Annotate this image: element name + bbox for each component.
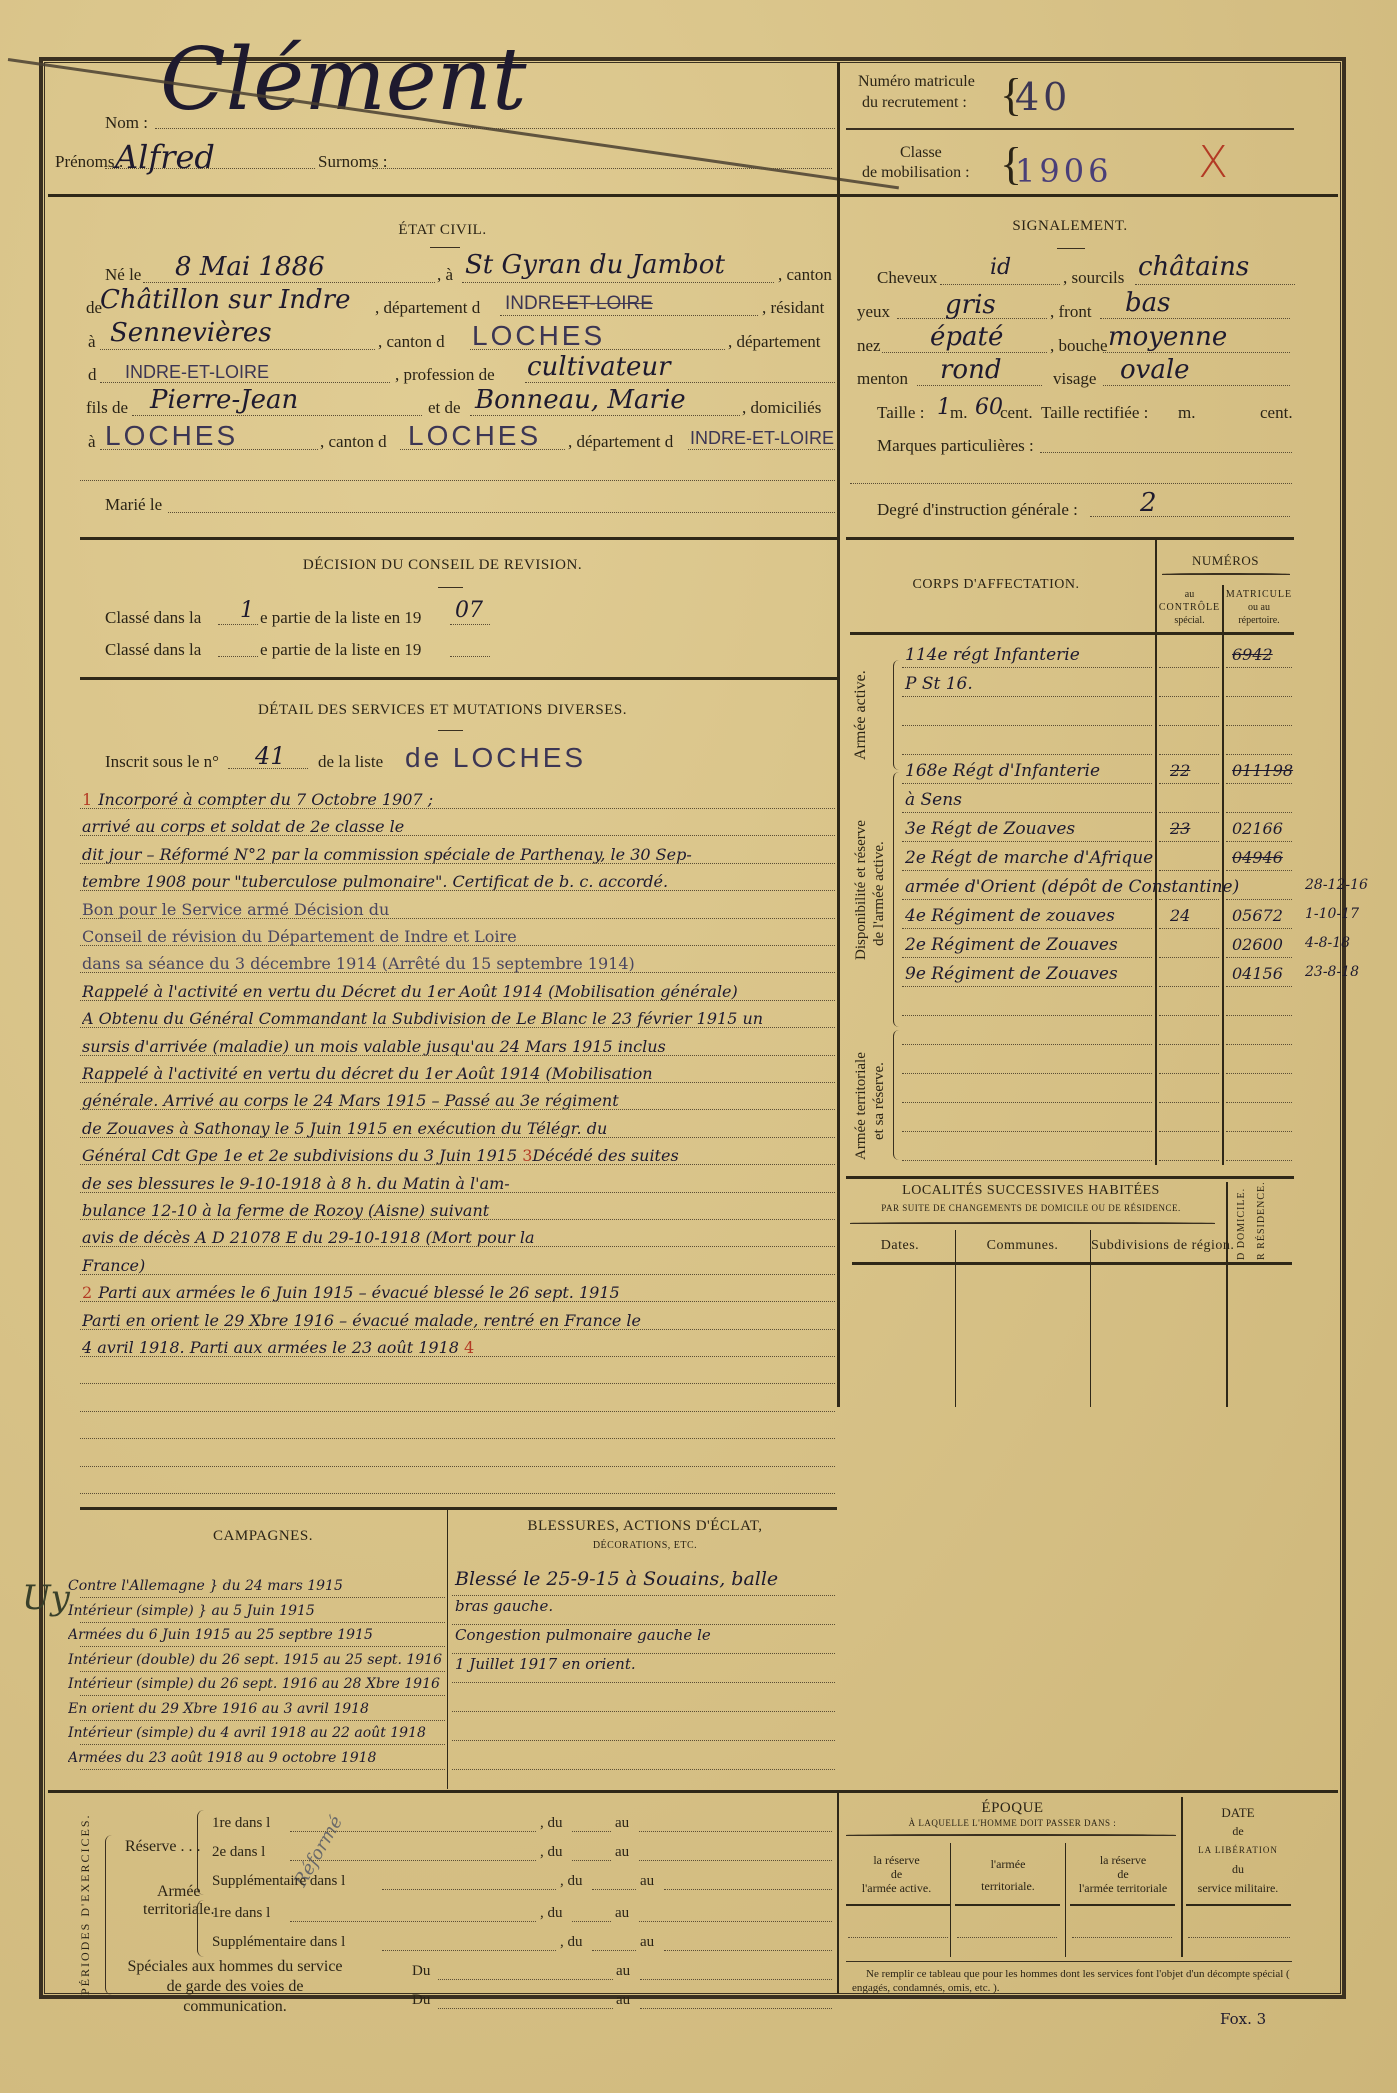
side-label-active: Armée active. [852,670,870,760]
front-value: bas [1125,288,1171,318]
menton-value: rond [940,355,1001,385]
service-line: tembre 1908 pour "tuberculose pulmonaire… [82,872,807,891]
profession: cultivateur [527,352,671,382]
signalement-title: SIGNALEMENT. [840,218,1300,235]
departement-naissance: INDRE [505,293,564,315]
departement-residence: INDRE-ET-LOIRE [125,362,269,383]
pere: Pierre-Jean [150,385,298,415]
service-line: 4 avril 1918. Parti aux armées le 23 aoû… [82,1338,807,1357]
nom-value: Clément [160,30,527,130]
service-line: Bon pour le Service armé Décision du [82,900,807,919]
side-label-dispo: Disponibilité et réservede l'armée activ… [852,820,888,960]
canton-parents: LOCHES [408,420,541,452]
services-title: DÉTAIL DES SERVICES ET MUTATIONS DIVERSE… [48,702,837,719]
blessure-line: Congestion pulmonaire gauche le [455,1626,711,1644]
prenoms-label: Prénoms : [55,152,123,172]
corps-row: à Sens [905,790,962,810]
periode-row: 2e dans l [212,1844,265,1861]
side-label-territoriale: Armée territorialeet sa réserve. [852,1052,888,1160]
periode-row: Supplémentaire dans l [212,1873,345,1890]
matricule-value: 40 [1015,75,1071,119]
liste-value: de LOCHES [405,742,586,774]
corps-row: 168e Régt d'Infanterie [905,761,1100,781]
corps-row: armée d'Orient (dépôt de Constantine) [905,877,1239,897]
service-line: France) [82,1256,807,1275]
periodes-side-label: PÉRIODES D'EXERCICES. [78,1813,93,1995]
signature: Fox. 3 [1220,2010,1266,2028]
blessure-line: Blessé le 25-9-15 à Souains, balle [455,1568,778,1590]
yeux-value: gris [945,290,996,320]
prenoms-value: Alfred [115,138,215,176]
service-line: Général Cdt Gpe 1e et 2e subdivisions du… [82,1146,807,1165]
periode-row: 1re dans l [212,1905,270,1922]
campagne-line: Armées du 23 août 1918 au 9 octobre 1918 [68,1750,443,1766]
service-line: avis de décès A D 21078 E du 29-10-1918 … [82,1228,807,1247]
canton-residence: LOCHES [472,320,605,352]
service-line: dit jour – Réformé N°2 par la commission… [82,845,807,864]
degre-value: 2 [1140,488,1157,518]
service-line: de Zouaves à Sathonay le 5 Juin 1915 en … [82,1119,807,1138]
campagne-line: Armées du 6 Juin 1915 au 25 septbre 1915 [68,1627,443,1643]
residence: Sennevières [110,318,272,348]
domicile-parents: LOCHES [105,420,238,452]
corps-row: 2e Régt de marche d'Afrique [905,848,1153,868]
cheveux-value: id [990,255,1011,280]
corps-row: 114e régt Infanterie [905,645,1080,665]
nom-label: Nom : [105,113,148,133]
service-line: A Obtenu du Général Commandant la Subdiv… [82,1009,807,1028]
decision-title: DÉCISION DU CONSEIL DE REVISION. [48,557,837,574]
service-line: 1Incorporé à compter du 7 Octobre 1907 ; [82,790,807,809]
campagne-line: Contre l'Allemagne } du 24 mars 1915 [68,1578,443,1594]
blessure-line: bras gauche. [455,1597,553,1615]
service-line: bulance 12-10 à la ferme de Rozoy (Aisne… [82,1201,807,1220]
campagne-line: En orient du 29 Xbre 1916 au 3 avril 191… [68,1701,443,1717]
visage-value: ovale [1120,355,1190,385]
classe-value: 1906 [1015,152,1112,190]
corps-row: 2e Régiment de Zouaves [905,935,1118,955]
service-marker: 3 [517,1146,532,1165]
corps-row: 4e Régiment de zouaves [905,906,1115,926]
taille-m: 1 [937,395,951,420]
blessure-line: 1 Juillet 1917 en orient. [455,1655,636,1673]
decision-partie: 1 [240,598,254,623]
campagne-line: Intérieur (simple) du 26 sept. 1916 au 2… [68,1676,443,1692]
etat-civil-title: ÉTAT CIVIL. [48,222,837,239]
periode-row: 1re dans l [212,1815,270,1832]
mere: Bonneau, Marie [475,385,686,415]
campagne-line: Intérieur (double) du 26 sept. 1915 au 2… [68,1652,443,1668]
inscrit-num: 41 [255,742,286,770]
date-naissance: 8 Mai 1886 [175,252,325,282]
service-line: Conseil de révision du Département de In… [82,927,807,946]
corps-row: 9e Régiment de Zouaves [905,964,1118,984]
lieu-naissance: St Gyran du Jambot [465,250,725,280]
service-line: de ses blessures le 9-10-1918 à 8 h. du … [82,1174,807,1193]
service-line: dans sa séance du 3 décembre 1914 (Arrêt… [82,954,807,973]
service-line: arrivé au corps et soldat de 2e classe l… [82,817,807,836]
corps-row: 3e Régt de Zouaves [905,819,1075,839]
corps-header: CORPS D'AFFECTATION. [846,577,1146,593]
service-line: Rappelé à l'activité en vertu du Décret … [82,982,807,1001]
service-marker: 4 [459,1338,474,1357]
nez-value: épaté [930,322,1003,352]
campagne-line: Intérieur (simple) du 4 avril 1918 au 22… [68,1725,443,1741]
service-line: sursis d'arrivée (maladie) un mois valab… [82,1037,807,1056]
canton-naissance: Châtillon sur Indre [100,285,350,315]
surnoms-label: Surnoms : [318,152,387,172]
sourcils-value: châtains [1138,252,1249,282]
corps-row: P St 16. [905,674,973,694]
service-line: générale. Arrivé au corps le 24 Mars 191… [82,1091,807,1110]
service-line: Parti en orient le 29 Xbre 1916 – évacué… [82,1311,807,1330]
service-line: 2Parti aux armées le 6 Juin 1915 – évacu… [82,1283,807,1302]
bouche-value: moyenne [1108,322,1227,352]
epoque-note: Ne remplir ce tableau que pour les homme… [852,1967,1292,1995]
decision-year: 07 [455,598,483,623]
red-x-mark: X [1198,137,1228,188]
periode-row: Supplémentaire dans l [212,1934,345,1951]
departement-parents: INDRE-ET-LOIRE [690,428,834,449]
taille-cent: 60 [975,395,1003,420]
margin-note: Uy [22,1578,70,1618]
service-line: Rappelé à l'activité en vertu du décret … [82,1064,807,1083]
campagne-line: Intérieur (simple) } au 5 Juin 1915 [68,1603,443,1619]
